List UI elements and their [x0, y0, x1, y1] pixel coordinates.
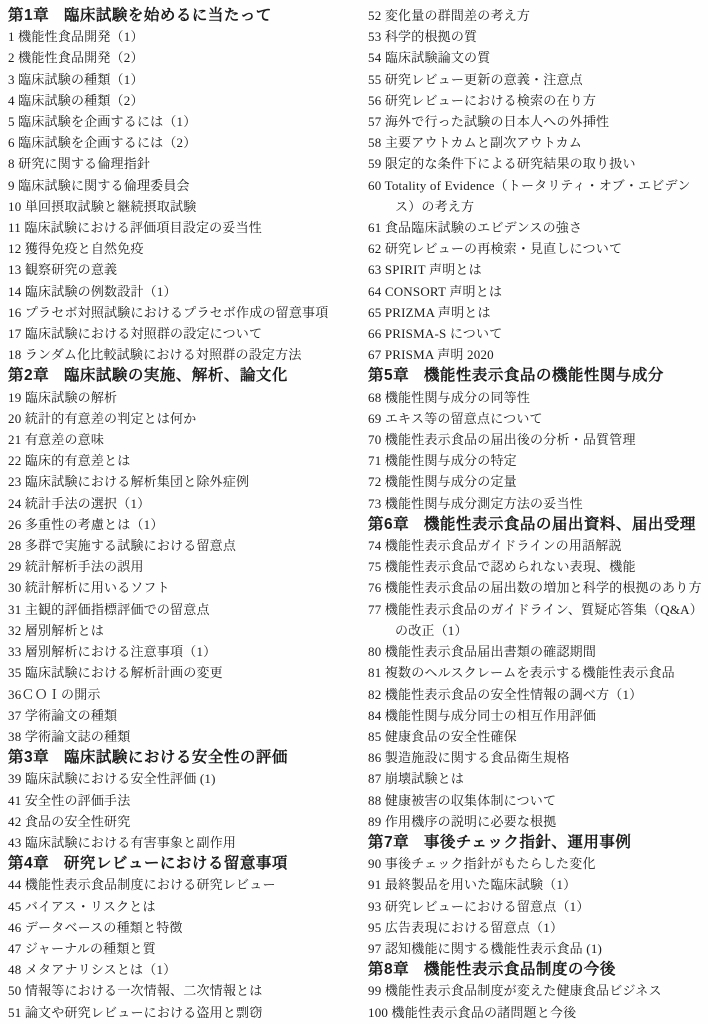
toc-item: 85 健康食品の安全性確保	[368, 726, 703, 747]
chapter-number: 第1章	[8, 7, 49, 24]
toc-item: 28 多群で実施する試験における留意点	[8, 535, 340, 556]
chapter-heading: 第1章臨床試験を始めるに当たって	[8, 5, 340, 26]
toc-item: 10 単回摂取試験と継続摂取試験	[8, 196, 340, 217]
toc-column-left: 第1章臨床試験を始めるに当たって1 機能性食品開発（1）2 機能性食品開発（2）…	[0, 5, 354, 1024]
chapter-title: 機能性表示食品制度の今後	[424, 961, 616, 978]
toc-item: 43 臨床試験における有害事象と副作用	[8, 832, 340, 853]
toc-item: 93 研究レビューにおける留意点（1）	[368, 896, 703, 917]
toc-item: 8 研究に関する倫理指針	[8, 153, 340, 174]
toc-item: 88 健康被害の収集体制について	[368, 790, 703, 811]
toc-item: 29 統計解析手法の誤用	[8, 556, 340, 577]
toc-item: 72 機能性関与成分の定量	[368, 471, 703, 492]
toc-item: 87 崩壊試験とは	[368, 768, 703, 789]
toc-item: 90 事後チェック指針がもたらした変化	[368, 853, 703, 874]
toc-item: 24 統計手法の選択（1）	[8, 493, 340, 514]
toc-column-right: 52 変化量の群間差の考え方53 科学的根拠の質54 臨床試験論文の質55 研究…	[354, 5, 708, 1024]
chapter-title: 臨床試験を始めるに当たって	[64, 7, 272, 24]
toc-item: 95 広告表現における留意点（1）	[368, 917, 703, 938]
toc-item: 97 認知機能に関する機能性表示食品 (1)	[368, 938, 703, 959]
toc-item: 37 学術論文の種類	[8, 705, 340, 726]
toc-item: 6 臨床試験を企画するには（2）	[8, 132, 340, 153]
toc-item: 57 海外で行った試験の日本人への外挿性	[368, 111, 703, 132]
toc-item: 36ＣＯＩの開示	[8, 684, 340, 705]
toc-item: 23 臨床試験における解析集団と除外症例	[8, 471, 340, 492]
toc-item: 13 観察研究の意義	[8, 259, 340, 280]
toc-item: 22 臨床的有意差とは	[8, 450, 340, 471]
chapter-number: 第8章	[368, 961, 409, 978]
toc-item: 2 機能性食品開発（2）	[8, 47, 340, 68]
toc-item: 55 研究レビュー更新の意義・注意点	[368, 69, 703, 90]
chapter-heading: 第6章機能性表示食品の届出資料、届出受理	[368, 514, 703, 535]
toc-item: 20 統計的有意差の判定とは何か	[8, 408, 340, 429]
toc-item: 31 主観的評価指標評価での留意点	[8, 599, 340, 620]
toc-item: 80 機能性表示食品届出書類の確認期間	[368, 641, 703, 662]
toc-item: 62 研究レビューの再検索・見直しについて	[368, 238, 703, 259]
toc-item: 45 バイアス・リスクとは	[8, 896, 340, 917]
toc-item: 68 機能性関与成分の同等性	[368, 387, 703, 408]
toc-item: 86 製造施設に関する食品衛生規格	[368, 747, 703, 768]
toc-item: 61 食品臨床試験のエビデンスの強さ	[368, 217, 703, 238]
chapter-number: 第5章	[368, 367, 409, 384]
toc-item: 26 多重性の考慮とは（1）	[8, 514, 340, 535]
chapter-heading: 第5章機能性表示食品の機能性関与成分	[368, 365, 703, 386]
toc-item: 53 科学的根拠の質	[368, 26, 703, 47]
chapter-number: 第2章	[8, 367, 49, 384]
toc-item: 91 最終製品を用いた臨床試験（1）	[368, 874, 703, 895]
toc-item: 33 層別解析における注意事項（1）	[8, 641, 340, 662]
toc-item: 76 機能性表示食品の届出数の増加と科学的根拠のあり方	[368, 577, 703, 598]
toc-item: 14 臨床試験の例数設計（1）	[8, 281, 340, 302]
toc-item: 70 機能性表示食品の届出後の分析・品質管理	[368, 429, 703, 450]
chapter-title: 事後チェック指針、運用事例	[424, 834, 632, 851]
toc-page: 第1章臨床試験を始めるに当たって1 機能性食品開発（1）2 機能性食品開発（2）…	[0, 0, 708, 1024]
toc-item: 21 有意差の意味	[8, 429, 340, 450]
toc-item: 89 作用機序の説明に必要な根拠	[368, 811, 703, 832]
toc-item: 74 機能性表示食品ガイドラインの用語解説	[368, 535, 703, 556]
chapter-number: 第7章	[368, 834, 409, 851]
toc-item: 39 臨床試験における安全性評価 (1)	[8, 768, 340, 789]
toc-item: 16 プラセボ対照試験におけるプラセボ作成の留意事項	[8, 302, 340, 323]
toc-item: 47 ジャーナルの種類と質	[8, 938, 340, 959]
toc-item: 48 メタアナリシスとは（1）	[8, 959, 340, 980]
toc-item: 81 複数のヘルスクレームを表示する機能性表示食品	[368, 662, 703, 683]
toc-item: 32 層別解析とは	[8, 620, 340, 641]
toc-item: 50 情報等における一次情報、二次情報とは	[8, 980, 340, 1001]
chapter-title: 臨床試験の実施、解析、論文化	[64, 367, 288, 384]
toc-item: 30 統計解析に用いるソフト	[8, 577, 340, 598]
toc-item: 41 安全性の評価手法	[8, 790, 340, 811]
chapter-title: 機能性表示食品の機能性関与成分	[424, 367, 664, 384]
toc-item: 17 臨床試験における対照群の設定について	[8, 323, 340, 344]
toc-item: 77 機能性表示食品のガイドライン、質疑応答集（Q&A）の改正（1）	[368, 599, 703, 641]
toc-item: 67 PRISMA 声明 2020	[368, 344, 703, 365]
toc-item: 100 機能性表示食品の諸問題と今後	[368, 1002, 703, 1023]
toc-item: 99 機能性表示食品制度が変えた健康食品ビジネス	[368, 980, 703, 1001]
toc-item: 58 主要アウトカムと副次アウトカム	[368, 132, 703, 153]
toc-item: 38 学術論文誌の種類	[8, 726, 340, 747]
chapter-heading: 第2章臨床試験の実施、解析、論文化	[8, 365, 340, 386]
toc-item: 42 食品の安全性研究	[8, 811, 340, 832]
toc-item: 59 限定的な条件下による研究結果の取り扱い	[368, 153, 703, 174]
toc-item: 9 臨床試験に関する倫理委員会	[8, 175, 340, 196]
toc-item: 75 機能性表示食品で認められない表現、機能	[368, 556, 703, 577]
toc-item: 82 機能性表示食品の安全性情報の調べ方（1）	[368, 684, 703, 705]
toc-item: 35 臨床試験における解析計画の変更	[8, 662, 340, 683]
toc-item: 4 臨床試験の種類（2）	[8, 90, 340, 111]
chapter-number: 第4章	[8, 855, 49, 872]
toc-item: 60 Totality of Evidence（トータリティ・オブ・エビデンス）…	[368, 175, 703, 217]
toc-item: 73 機能性関与成分測定方法の妥当性	[368, 493, 703, 514]
toc-item: 11 臨床試験における評価項目設定の妥当性	[8, 217, 340, 238]
toc-item: 65 PRIZMA 声明とは	[368, 302, 703, 323]
toc-item: 64 CONSORT 声明とは	[368, 281, 703, 302]
toc-item: 51 論文や研究レビューにおける盗用と剽窃	[8, 1002, 340, 1023]
toc-item: 44 機能性表示食品制度における研究レビュー	[8, 874, 340, 895]
toc-item: 18 ランダム化比較試験における対照群の設定方法	[8, 344, 340, 365]
chapter-heading: 第7章事後チェック指針、運用事例	[368, 832, 703, 853]
chapter-heading: 第3章臨床試験における安全性の評価	[8, 747, 340, 768]
toc-item: 69 エキス等の留意点について	[368, 408, 703, 429]
toc-item: 1 機能性食品開発（1）	[8, 26, 340, 47]
toc-item: 84 機能性関与成分同士の相互作用評価	[368, 705, 703, 726]
toc-item: 12 獲得免疫と自然免疫	[8, 238, 340, 259]
chapter-number: 第6章	[368, 516, 409, 533]
toc-item: 56 研究レビューにおける検索の在り方	[368, 90, 703, 111]
chapter-title: 機能性表示食品の届出資料、届出受理	[424, 516, 696, 533]
toc-item: 5 臨床試験を企画するには（1）	[8, 111, 340, 132]
toc-item: 54 臨床試験論文の質	[368, 47, 703, 68]
toc-item: 63 SPIRIT 声明とは	[368, 259, 703, 280]
toc-item: 46 データベースの種類と特徴	[8, 917, 340, 938]
chapter-title: 臨床試験における安全性の評価	[64, 749, 288, 766]
chapter-number: 第3章	[8, 749, 49, 766]
toc-item: 52 変化量の群間差の考え方	[368, 5, 703, 26]
toc-item: 19 臨床試験の解析	[8, 387, 340, 408]
toc-item: 71 機能性関与成分の特定	[368, 450, 703, 471]
chapter-heading: 第8章機能性表示食品制度の今後	[368, 959, 703, 980]
chapter-title: 研究レビューにおける留意事項	[64, 855, 288, 872]
toc-item: 66 PRISMA-S について	[368, 323, 703, 344]
toc-item: 3 臨床試験の種類（1）	[8, 69, 340, 90]
chapter-heading: 第4章研究レビューにおける留意事項	[8, 853, 340, 874]
